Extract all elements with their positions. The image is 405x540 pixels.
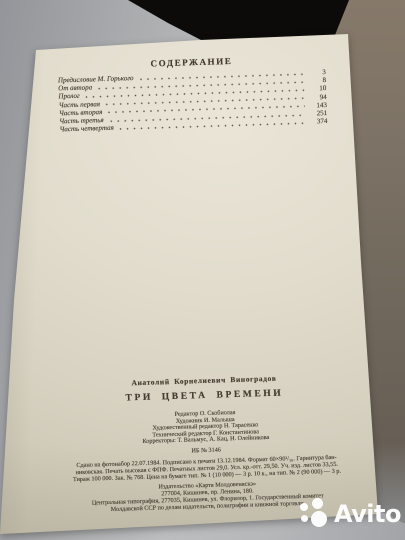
avito-dot-icon [300,503,308,511]
book-photo: СОДЕРЖАНИЕ Предисловие М. Горького 3 От … [0,0,405,540]
toc-entry-page: 374 [305,117,327,126]
avito-wordmark: Avito [334,500,401,528]
avito-dots-icon [299,498,329,529]
toc-section: СОДЕРЖАНИЕ Предисловие М. Горького 3 От … [57,53,327,134]
toc-entry-label: Часть четвертая [59,124,118,134]
page-content: СОДЕРЖАНИЕ Предисловие М. Горького 3 От … [0,0,405,540]
avito-dot-icon [312,498,323,509]
avito-watermark: Avito [299,498,401,529]
avito-dot-icon [311,511,327,527]
colophon-section: Анатолий Корнелиевич Виноградов ТРИ ЦВЕТ… [31,371,380,516]
avito-dot-icon [301,515,308,522]
